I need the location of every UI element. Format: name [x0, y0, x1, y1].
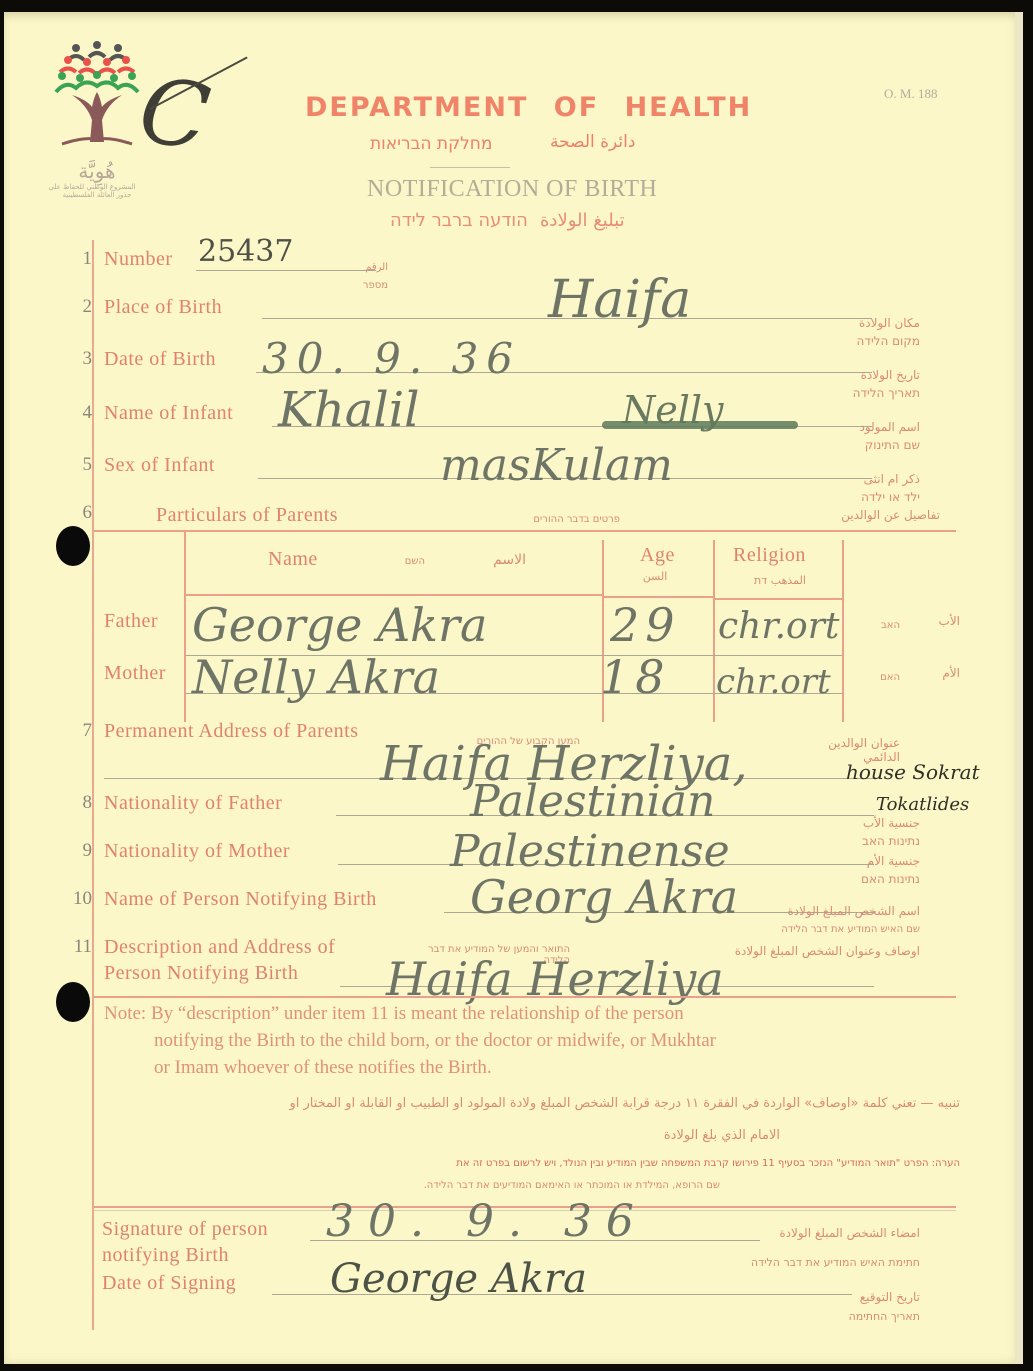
watermark-line2: جذور العائلة الفلسطينية: [52, 191, 142, 199]
signature-label-ar: امضاء الشخص المبلغ الولادة: [770, 1226, 920, 1240]
header-name-he: השם: [395, 556, 425, 567]
field-number-11: 11: [62, 936, 92, 958]
date-of-signing-label-ar: تاريخ التوقيع: [850, 1290, 920, 1304]
strikethrough-mark: [602, 421, 798, 429]
name-of-infant-label-he: שם התינוק: [850, 438, 920, 452]
watermark-line1: المشروع الوطني للحفاظ على: [42, 183, 142, 191]
date-of-signing-label-he: תאריך החתימה: [830, 1310, 920, 1323]
field-number-3: 3: [76, 348, 92, 370]
signature-label-2: notifying Birth: [102, 1244, 229, 1267]
field-number-6: 6: [76, 502, 92, 524]
mother-name-value[interactable]: Nelly Akra: [192, 650, 440, 704]
field-number-1: 1: [76, 248, 92, 270]
tree-people-logo-icon: [52, 40, 142, 150]
name-of-infant-value[interactable]: Khalil: [278, 382, 419, 438]
number-label-he: מספר: [340, 280, 388, 291]
notification-title: NOTIFICATION OF BIRTH: [367, 176, 657, 203]
sex-of-infant-label-he: ילד או ילדה: [850, 490, 920, 504]
department-title: DEPARTMENT OF HEALTH: [305, 92, 752, 123]
particulars-of-parents-label: Particulars of Parents: [156, 504, 338, 527]
sex-of-infant-label: Sex of Infant: [104, 454, 215, 477]
father-label: Father: [104, 610, 158, 633]
sex-of-infant-value[interactable]: masKulam: [440, 440, 673, 491]
number-label: Number: [104, 248, 173, 271]
margin-mark: C: [133, 58, 216, 172]
form-code: O. M. 188: [884, 86, 937, 102]
note-he-line-1: הערה: הפרט "תואר המודיע" הנזכר בסעיף 11 …: [104, 1158, 960, 1169]
notification-title-ar: تبليغ الولادة: [540, 210, 660, 231]
permanent-address-extra-2[interactable]: Tokatlides: [876, 794, 969, 815]
father-age-value[interactable]: 29: [610, 598, 681, 652]
signature-value[interactable]: George Akra: [330, 1256, 587, 1302]
field-number-2: 2: [76, 296, 92, 318]
mother-label: Mother: [104, 662, 166, 685]
nationality-mother-label-he: נתינות האם: [860, 872, 920, 886]
note-line-2: notifying the Birth to the child born, o…: [104, 1027, 964, 1054]
nationality-mother-label-ar: جنسية الأم: [860, 854, 920, 868]
department-title-he: מחלקת הבריאות: [370, 134, 540, 154]
nationality-father-label-he: נתינות האב: [860, 834, 920, 848]
note-top-border: [94, 996, 956, 998]
nationality-mother-label: Nationality of Mother: [104, 840, 290, 863]
note-block: Note: By “description” under item 11 is …: [104, 1000, 964, 1081]
nationality-father-value[interactable]: Palestinian: [470, 776, 715, 827]
name-of-infant-label: Name of Infant: [104, 402, 233, 425]
header-religion: Religion: [733, 544, 806, 567]
particulars-of-parents-label-ar: تفاصيل عن الوالدين: [840, 508, 940, 522]
number-label-ar: الرقم: [340, 262, 388, 273]
mother-label-ar: الأم: [930, 666, 960, 680]
note-line-1: Note: By “description” under item 11 is …: [104, 1000, 964, 1027]
permanent-address-extra-1[interactable]: house Sokrat: [846, 760, 980, 784]
date-of-birth-label: Date of Birth: [104, 348, 216, 371]
person-notifying-label-he: שם האיש המודיע את דבר הלידה: [740, 924, 920, 935]
field-number-7: 7: [76, 720, 92, 742]
table-header-bottom-religion: [715, 598, 842, 600]
header-name: Name: [268, 548, 318, 571]
person-notifying-label: Name of Person Notifying Birth: [104, 888, 377, 911]
number-value[interactable]: 25437: [198, 234, 293, 269]
particulars-of-parents-label-he: פרטים בדבר ההורים: [500, 514, 620, 525]
date-of-birth-label-ar: تاريخ الولادة: [850, 368, 920, 382]
punch-hole-bottom: [56, 982, 90, 1022]
mother-religion-value[interactable]: chr.ort: [716, 662, 831, 702]
notification-title-he: הודעה ברבר לידה: [390, 210, 540, 231]
date-of-birth-label-he: תאריך הלידה: [850, 386, 920, 400]
person-notifying-label-ar: اسم الشخص المبلغ الولادة: [780, 904, 920, 918]
place-of-birth-value[interactable]: Haifa: [548, 270, 691, 330]
header-religion-ar: المذهب: [771, 574, 806, 587]
sex-of-infant-label-ar: ذكر ام انثى: [850, 472, 920, 486]
nationality-father-label: Nationality of Father: [104, 792, 282, 815]
note-ar-line-1: تنبيه — تعني كلمة «اوصاف» الواردة في الف…: [104, 1096, 960, 1111]
mother-label-he: האם: [870, 672, 900, 683]
place-of-birth-label-ar: مكان الولادة: [850, 316, 920, 330]
father-label-ar: الأب: [930, 614, 960, 628]
permanent-address-label: Permanent Address of Parents: [104, 720, 359, 743]
table-top-border: [94, 530, 956, 532]
margin-rule: [92, 240, 94, 1330]
header-name-ar: الاسم: [486, 552, 526, 568]
name-of-infant-label-ar: اسم المولود: [850, 420, 920, 434]
note-line-3: or Imam whoever of these notifies the Bi…: [104, 1054, 964, 1081]
place-of-birth-label: Place of Birth: [104, 296, 222, 319]
field-number-8: 8: [76, 792, 92, 814]
header-religion-he-ar: المذهب דת: [730, 574, 830, 587]
date-of-signing-label: Date of Signing: [102, 1272, 236, 1295]
mother-age-value[interactable]: 18: [600, 650, 671, 704]
field-number-9: 9: [76, 840, 92, 862]
field-number-4: 4: [76, 402, 92, 424]
note-ar-line-2: الامام الذي بلغ الولادة: [600, 1128, 780, 1143]
date-of-birth-value[interactable]: 30. 9. 36: [262, 334, 521, 383]
person-notifying-value[interactable]: Georg Akra: [470, 870, 738, 924]
note-he-line-2: שם הרופא, המילדת או המוכתר או האימאם המו…: [400, 1180, 720, 1191]
department-title-ar: دائرة الصحة: [550, 132, 660, 152]
header-age: Age: [640, 544, 675, 567]
nationality-father-label-ar: جنسية الأب: [860, 816, 920, 830]
description-address-label-2: Person Notifying Birth: [104, 962, 298, 985]
father-name-value[interactable]: George Akra: [192, 598, 487, 652]
table-header-bottom: [186, 594, 602, 596]
field-number-10: 10: [62, 888, 92, 910]
watermark-logo: هُوِيَّة المشروع الوطني للحفاظ على جذور …: [52, 40, 142, 210]
table-age-religion-divider: [713, 540, 715, 722]
header-age-ar: السن: [620, 570, 690, 583]
table-religion-right-divider: [842, 540, 844, 722]
paper-edge: [1015, 12, 1023, 1364]
place-of-birth-label-he: מקום הלידה: [850, 334, 920, 348]
field-number-5: 5: [76, 454, 92, 476]
description-address-label: Description and Address of: [104, 936, 335, 959]
title-divider: [430, 167, 510, 168]
signing-date-value[interactable]: 30. 9. 36: [326, 1196, 648, 1247]
father-label-he: האב: [870, 620, 900, 631]
father-religion-value[interactable]: chr.ort: [718, 606, 839, 647]
watermark-title: هُوِيَّة: [52, 159, 142, 183]
signature-label-he: חתימת האיש המודיע את דבר הלידה: [680, 1256, 920, 1269]
punch-hole-top: [56, 526, 90, 566]
header-religion-he: דת: [754, 574, 767, 587]
signature-label-1: Signature of person: [102, 1218, 268, 1241]
